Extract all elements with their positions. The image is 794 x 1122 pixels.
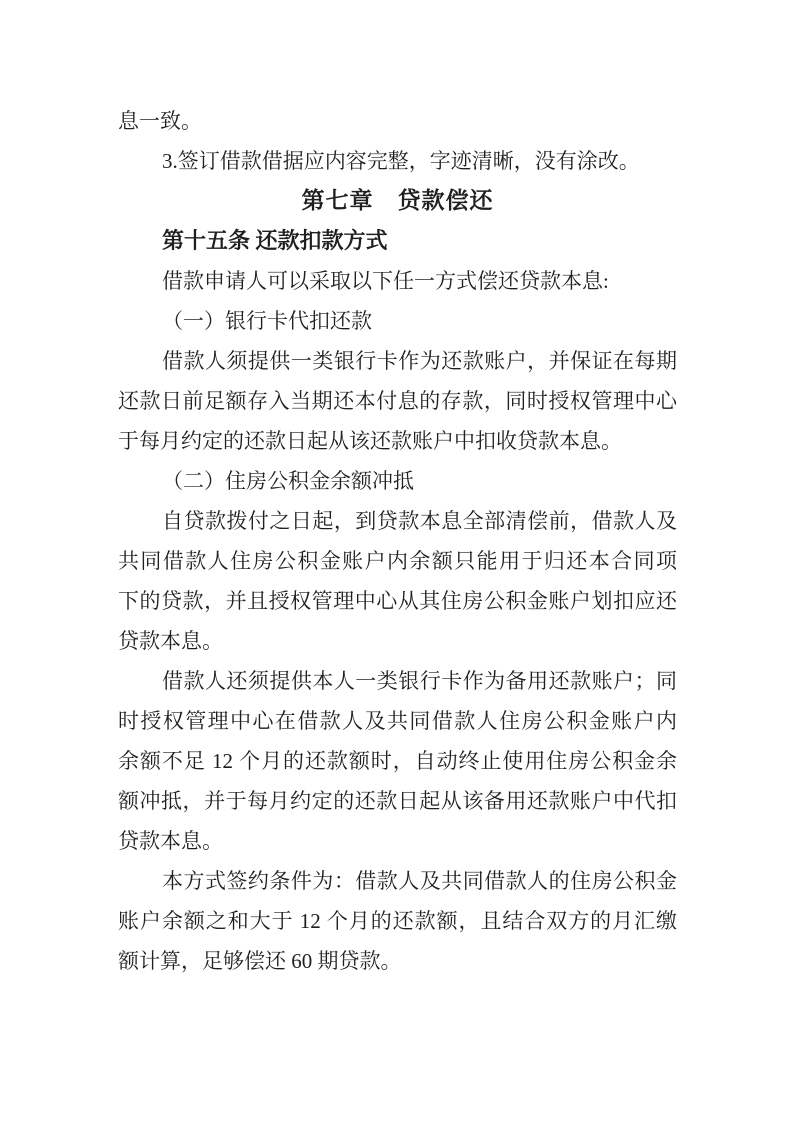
- text-line: 借款申请人可以采取以下任一方式偿还贷款本息:: [118, 261, 677, 301]
- text-line: 额冲抵，并于每月约定的还款日起从该备用还款账户中代扣: [118, 781, 677, 821]
- text-line: 时授权管理中心在借款人及共同借款人住房公积金账户内: [118, 701, 677, 741]
- text-line: 于每月约定的还款日起从该还款账户中扣收贷款本息。: [118, 421, 677, 461]
- paragraph: 3.签订借款借据应内容完整，字迹清晰，没有涂改。: [118, 141, 677, 181]
- text-line: 还款日前足额存入当期还本付息的存款，同时授权管理中心: [118, 381, 677, 421]
- paragraph: （一）银行卡代扣还款: [118, 301, 677, 341]
- text-line: 下的贷款，并且授权管理中心从其住房公积金账户划扣应还: [118, 581, 677, 621]
- paragraph: （二）住房公积金余额冲抵: [118, 461, 677, 501]
- chapter-heading: 第七章 贷款偿还: [118, 181, 677, 221]
- document-page: 息一致。3.签订借款借据应内容完整，字迹清晰，没有涂改。第七章 贷款偿还第十五条…: [0, 0, 794, 1122]
- text-line: 本方式签约条件为：借款人及共同借款人的住房公积金: [118, 861, 677, 901]
- text-line: 额计算，足够偿还 60 期贷款。: [118, 941, 677, 981]
- text-line: 余额不足 12 个月的还款额时，自动终止使用住房公积金余: [118, 741, 677, 781]
- text-line: 共同借款人住房公积金账户内余额只能用于归还本合同项: [118, 541, 677, 581]
- text-line: 账户余额之和大于 12 个月的还款额，且结合双方的月汇缴: [118, 901, 677, 941]
- paragraph: 自贷款拨付之日起，到贷款本息全部清偿前，借款人及共同借款人住房公积金账户内余额只…: [118, 501, 677, 661]
- text-line: 第十五条 还款扣款方式: [118, 221, 677, 261]
- paragraph: 本方式签约条件为：借款人及共同借款人的住房公积金账户余额之和大于 12 个月的还…: [118, 861, 677, 981]
- text-line: 贷款本息。: [118, 621, 677, 661]
- paragraph: 息一致。: [118, 101, 677, 141]
- text-line: 息一致。: [118, 101, 677, 141]
- paragraph: 借款申请人可以采取以下任一方式偿还贷款本息:: [118, 261, 677, 301]
- text-line: 第七章 贷款偿还: [118, 181, 677, 221]
- text-line: 借款人须提供一类银行卡作为还款账户，并保证在每期: [118, 341, 677, 381]
- paragraph: 借款人须提供一类银行卡作为还款账户，并保证在每期还款日前足额存入当期还本付息的存…: [118, 341, 677, 461]
- document-content: 息一致。3.签订借款借据应内容完整，字迹清晰，没有涂改。第七章 贷款偿还第十五条…: [118, 101, 677, 981]
- text-line: 3.签订借款借据应内容完整，字迹清晰，没有涂改。: [118, 141, 677, 181]
- text-line: 贷款本息。: [118, 821, 677, 861]
- text-line: （二）住房公积金余额冲抵: [118, 461, 677, 501]
- text-line: 借款人还须提供本人一类银行卡作为备用还款账户；同: [118, 661, 677, 701]
- text-line: 自贷款拨付之日起，到贷款本息全部清偿前，借款人及: [118, 501, 677, 541]
- section-heading: 第十五条 还款扣款方式: [118, 221, 677, 261]
- text-line: （一）银行卡代扣还款: [118, 301, 677, 341]
- paragraph: 借款人还须提供本人一类银行卡作为备用还款账户；同时授权管理中心在借款人及共同借款…: [118, 661, 677, 861]
